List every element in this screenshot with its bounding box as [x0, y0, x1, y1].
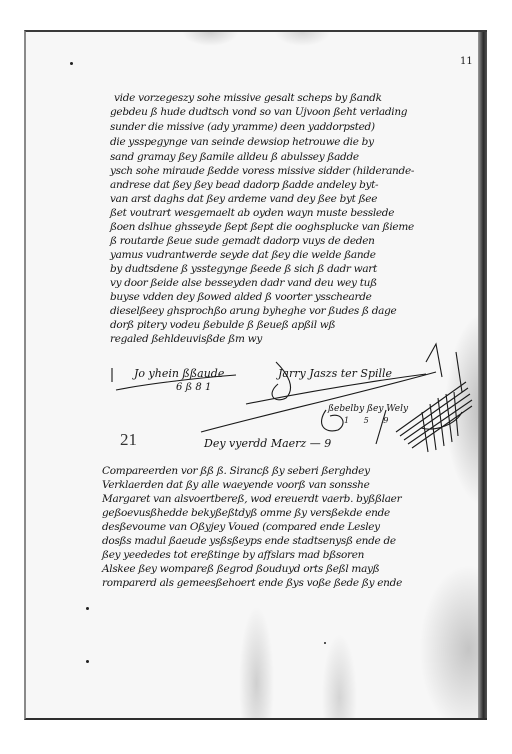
notary-signature: ßebelby ßey Wely	[328, 404, 408, 414]
manuscript-line: Compareerden vor ßß ß. Sirancß ßy seberi…	[102, 465, 370, 477]
manuscript-line: dorß pitery vodeu ßebulde ß ßeueß apßil …	[110, 319, 335, 331]
manuscript-line: ßoen dslhue ghsseyde ßept ßept die ooghs…	[110, 221, 414, 233]
notary-signature-digits: 1 5 9	[344, 416, 394, 425]
manuscript-line: andrese dat ßey ßey bead dadorp ßadde an…	[110, 179, 378, 191]
manuscript-line: dosßs madul ßaeude ysßsßeyps ende stadts…	[102, 535, 396, 547]
manuscript-line: ß routarde ßeue sude gemadt dadorp vuys …	[110, 235, 375, 247]
margin-entry-number: 21	[120, 430, 137, 450]
manuscript-line: geßoevusßhedde bekyßeßtdyß omme ßy versß…	[102, 507, 390, 519]
manuscript-line: Alskee ßey wompareß ßegrod ßouduyd orts …	[102, 563, 379, 575]
manuscript-line: ßey yeededes tot ereßtinge by affslars m…	[102, 549, 364, 561]
manuscript-line: buyse vdden dey ßowed alded ß voorter ys…	[110, 291, 372, 303]
manuscript-line: ysch sohe miraude ßedde voress missive s…	[110, 165, 414, 177]
ink-speck	[70, 62, 73, 65]
manuscript-line: gebdeu ß hude dudtsch vond so van Ujvoon…	[110, 106, 407, 118]
manuscript-line: sand gramay ßey ßamile alldeu ß abulssey…	[110, 151, 359, 163]
signature-middle-name: Jarry Jaszs ter Spille	[278, 367, 392, 380]
signature-left-mark: 6 ß 8 1	[176, 382, 211, 393]
manuscript-line: romparerd als gemeesßehoert ende ßys voß…	[102, 577, 402, 589]
manuscript-line: die ysspegynge van seinde dewsiop hetrou…	[110, 136, 374, 148]
manuscript-line: ßet voutrart wesgemaelt ab oyden wayn mu…	[110, 207, 394, 219]
ink-speck	[86, 607, 89, 610]
manuscript-line: van arst daghs dat ßey ardeme vand dey ß…	[110, 193, 377, 205]
signature-left-name: Jo yhein ßßaude	[134, 367, 224, 380]
manuscript-line: yamus vudrantwerde seyde dat ßey die wel…	[110, 249, 376, 261]
ink-speck	[324, 642, 326, 644]
manuscript-line: Margaret van alsvoertbereß, wod ereuerdt…	[102, 493, 401, 505]
folio-number: 11	[460, 56, 473, 67]
ink-speck	[86, 660, 89, 663]
entry-date-heading: Dey vyerdd Maerz — 9	[204, 437, 331, 450]
manuscript-closing-line: regaled ßehldeuvisßde ßm wy	[110, 333, 262, 345]
manuscript-page: 11 vide vorzegeszy sohe missive gesalt s…	[24, 30, 487, 720]
manuscript-line: vy door ßeide alse besseyden dadr vand d…	[110, 277, 377, 289]
manuscript-line: Verklaerden dat ßy alle waeyende voorß v…	[102, 479, 370, 491]
manuscript-line: vide vorzegeszy sohe missive gesalt sche…	[114, 92, 382, 104]
manuscript-line: desßevoume van Oßyjey Voued (compared en…	[102, 521, 380, 533]
manuscript-line: by dudtsdene ß ysstegynge ßeede ß sich ß…	[110, 263, 377, 275]
manuscript-line: sunder die missive (ady yramme) deen yad…	[110, 121, 375, 133]
manuscript-line: dieselßeey ghsprochßo arung byheghe vor …	[110, 305, 396, 317]
page-binding-edge	[478, 32, 487, 718]
